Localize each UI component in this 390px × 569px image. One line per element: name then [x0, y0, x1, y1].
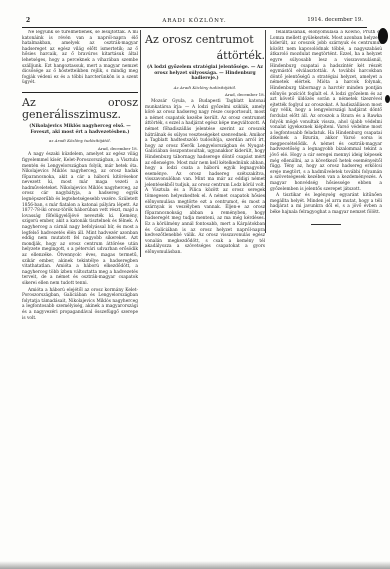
byline: az Aradi Közlöny tudósítójától.	[22, 138, 138, 144]
page-edge-shadow	[0, 561, 390, 569]
ink-blot	[378, 28, 388, 44]
column-3: felállításának, előnyomulása a Kowno, Pr…	[265, 30, 382, 233]
article-closing: A tisztikar és legénység egyaránt kitűnő…	[270, 193, 382, 215]
article-title-line1: Az orosz centrumot	[145, 34, 265, 46]
byline: Az Aradi Közlöny tudósítójától.	[145, 85, 265, 91]
article-closing: Amióta a háború elejétől az orosz kormán…	[22, 288, 138, 322]
article-subtitle: (A lodzi győzelem stratégiai jelentősége…	[145, 65, 265, 82]
article-body: Mozsár Gyula, a Budapesti Tagblatt katon…	[145, 99, 265, 256]
page-header: 2 ARADI KÖZLÖNY. 1914. december 19.	[22, 15, 367, 28]
issue-date: 1914. december 19.	[307, 17, 363, 23]
article-title-line2: áttörték.	[145, 50, 265, 62]
intro-paragraph: Ne legyünk se türelmetlenek, se lesujtot…	[22, 30, 138, 86]
article-body: A nagy északi küzdelem, amelyet az egész…	[22, 152, 138, 286]
column-1: Ne legyünk se türelmetlenek, se lesujtot…	[22, 30, 138, 322]
ink-blot	[385, 95, 390, 103]
article-title-generalissimus: Az orosz generálisszimusz.	[22, 97, 138, 121]
article-body-continued: felállításának, előnyomulása a Kowno, Pr…	[270, 30, 382, 192]
article-subtitle: (Nikolajevics Miklós nagyherceg első. — …	[22, 124, 138, 135]
dateline: Arad, december 18.	[22, 146, 138, 152]
column-2: Az orosz centrumot áttörték. (A lodzi gy…	[140, 30, 265, 257]
dateline: Arad, december 18.	[145, 92, 265, 98]
end-rule	[311, 224, 341, 225]
newspaper-page: 2 ARADI KÖZLÖNY. 1914. december 19. Ne l…	[0, 0, 390, 569]
section-divider	[22, 92, 138, 93]
